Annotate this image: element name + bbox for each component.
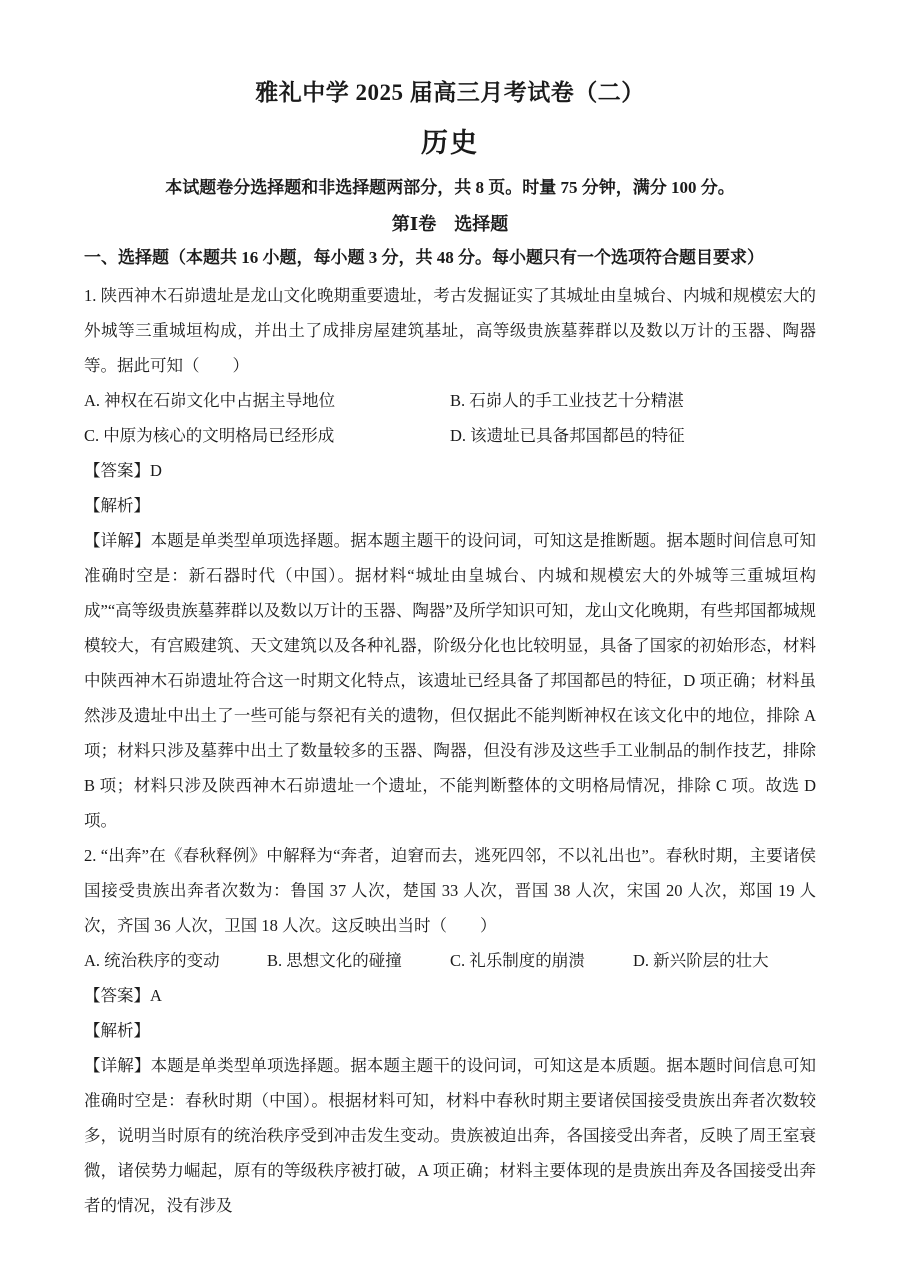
detail-label: 【详解】 [84, 531, 151, 550]
question-1-analysis-label: 【解析】 [84, 488, 816, 523]
question-1-option-c: C. 中原为核心的文明格局已经形成 [84, 418, 450, 453]
question-2-option-b: B. 思想文化的碰撞 [267, 943, 450, 978]
question-1-option-d: D. 该遗址已具备邦国都邑的特征 [450, 418, 816, 453]
answer-value: D [150, 461, 162, 480]
question-1-option-b: B. 石峁人的手工业技艺十分精湛 [450, 383, 816, 418]
answer-value: A [150, 986, 162, 1005]
question-2-analysis-label: 【解析】 [84, 1013, 816, 1048]
question-2-option-a: A. 统治秩序的变动 [84, 943, 267, 978]
exam-subject: 历史 [84, 126, 816, 160]
question-2-stem: 2. “出奔”在《春秋释例》中解释为“奔者，迫窘而去，逃死四邻，不以礼出也”。春… [84, 838, 816, 943]
exam-page: 雅礼中学 2025 届高三月考试卷（二） 历史 本试题卷分选择题和非选择题两部分… [0, 0, 900, 1273]
detail-label: 【详解】 [84, 1056, 151, 1075]
section-title: 第Ⅰ卷 选择题 [84, 208, 816, 240]
question-1-detail: 【详解】本题是单类型单项选择题。据本题主题干的设问词，可知这是推断题。据本题时间… [84, 523, 816, 838]
question-1-options: A. 神权在石峁文化中占据主导地位 B. 石峁人的手工业技艺十分精湛 C. 中原… [84, 383, 816, 453]
question-2-answer-line: 【答案】A [84, 978, 816, 1013]
detail-text: 本题是单类型单项选择题。据本题主题干的设问词，可知这是推断题。据本题时间信息可知… [84, 531, 816, 830]
exam-instructions: 本试题卷分选择题和非选择题两部分，共 8 页。时量 75 分钟，满分 100 分… [84, 172, 816, 204]
question-1-option-a: A. 神权在石峁文化中占据主导地位 [84, 383, 450, 418]
question-2-detail: 【详解】本题是单类型单项选择题。据本题主题干的设问词，可知这是本质题。据本题时间… [84, 1048, 816, 1223]
question-2: 2. “出奔”在《春秋释例》中解释为“奔者，迫窘而去，逃死四邻，不以礼出也”。春… [84, 838, 816, 1223]
exam-title: 雅礼中学 2025 届高三月考试卷（二） [84, 78, 816, 108]
detail-text: 本题是单类型单项选择题。据本题主题干的设问词，可知这是本质题。据本题时间信息可知… [84, 1056, 816, 1215]
question-2-options: A. 统治秩序的变动 B. 思想文化的碰撞 C. 礼乐制度的崩溃 D. 新兴阶层… [84, 943, 816, 978]
answer-label: 【答案】 [84, 461, 150, 480]
question-2-option-d: D. 新兴阶层的壮大 [633, 943, 816, 978]
question-1-stem: 1. 陕西神木石峁遗址是龙山文化晚期重要遗址，考古发掘证实了其城址由皇城台、内城… [84, 278, 816, 383]
answer-label: 【答案】 [84, 986, 150, 1005]
question-1: 1. 陕西神木石峁遗址是龙山文化晚期重要遗址，考古发掘证实了其城址由皇城台、内城… [84, 278, 816, 838]
part-heading: 一、选择题（本题共 16 小题，每小题 3 分，共 48 分。每小题只有一个选项… [84, 242, 816, 274]
question-1-answer-line: 【答案】D [84, 453, 816, 488]
question-2-option-c: C. 礼乐制度的崩溃 [450, 943, 633, 978]
